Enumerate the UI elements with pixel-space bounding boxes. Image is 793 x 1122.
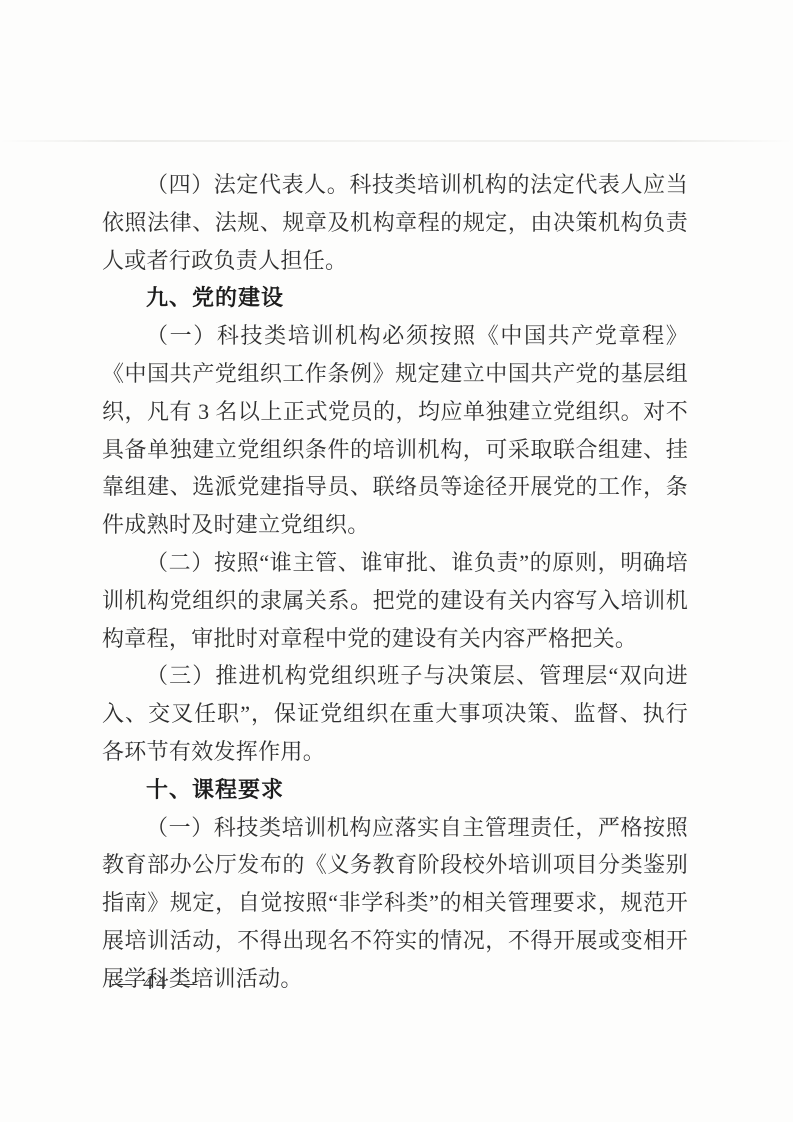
- paragraph-party-building-1: （一）科技类培训机构必须按照《中国共产党章程》《中国共产党组织工作条例》规定建立…: [102, 317, 688, 544]
- section-heading-course-requirements: 十、课程要求: [102, 771, 688, 809]
- section-heading-party-building: 九、党的建设: [102, 279, 688, 317]
- paragraph-legal-representative: （四）法定代表人。科技类培训机构的法定代表人应当依照法律、法规、规章及机构章程的…: [102, 166, 688, 279]
- scan-artifact-line: [0, 140, 793, 142]
- document-page-content: （四）法定代表人。科技类培训机构的法定代表人应当依照法律、法规、规章及机构章程的…: [102, 166, 688, 998]
- paragraph-party-building-3: （三）推进机构党组织班子与决策层、管理层“双向进入、交叉任职”，保证党组织在重大…: [102, 657, 688, 770]
- page-number: — 44 —: [112, 972, 200, 995]
- paragraph-course-requirements-1: （一）科技类培训机构应落实自主管理责任，严格按照教育部办公厅发布的《义务教育阶段…: [102, 809, 688, 998]
- paragraph-party-building-2: （二）按照“谁主管、谁审批、谁负责”的原则，明确培训机构党组织的隶属关系。把党的…: [102, 544, 688, 657]
